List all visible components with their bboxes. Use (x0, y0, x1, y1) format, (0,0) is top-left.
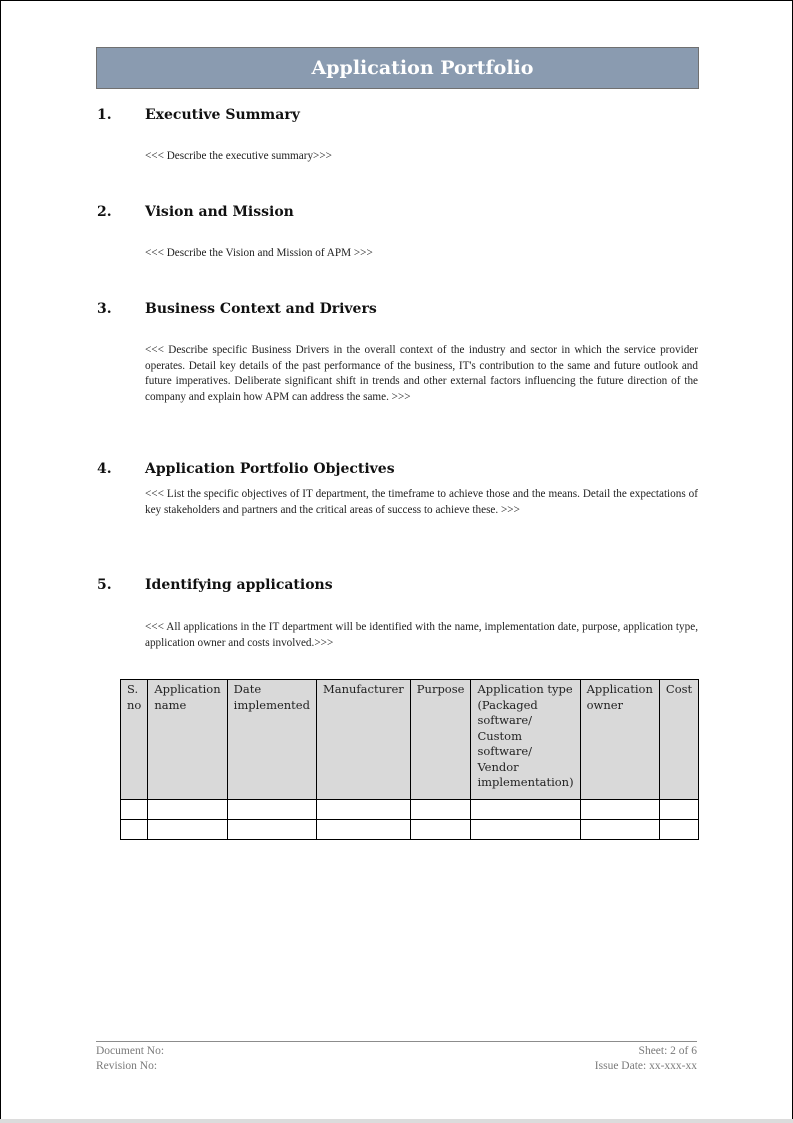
table-cell[interactable] (410, 820, 471, 840)
table-cell[interactable] (580, 800, 659, 820)
section-body-portfolio-objectives: <<< List the specific objectives of IT d… (145, 487, 698, 518)
table-cell[interactable] (471, 800, 580, 820)
table-cell[interactable] (148, 820, 227, 840)
table-cell[interactable] (410, 800, 471, 820)
document-title: Application Portfolio (262, 57, 534, 79)
table-row (121, 820, 699, 840)
column-header-purpose: Purpose (410, 680, 471, 800)
column-header-application-owner: Application owner (580, 680, 659, 800)
table-cell[interactable] (227, 820, 316, 840)
table-cell[interactable] (471, 820, 580, 840)
sheet-indicator: Sheet: 2 of 6 (639, 1044, 697, 1059)
section-number: 1. (97, 107, 145, 123)
section-body-executive-summary: <<< Describe the executive summary>>> (145, 149, 698, 165)
section-number: 5. (97, 577, 145, 593)
column-header-date-implemented: Date implemented (227, 680, 316, 800)
issue-date: Issue Date: xx-xxx-xx (595, 1059, 697, 1074)
title-banner: Application Portfolio (96, 47, 699, 89)
table-cell[interactable] (148, 800, 227, 820)
table-cell[interactable] (227, 800, 316, 820)
section-body-business-context: <<< Describe specific Business Drivers i… (145, 343, 698, 405)
section-title: Identifying applications (145, 577, 333, 593)
section-heading-executive-summary: 1. Executive Summary (97, 107, 300, 123)
table-header-row: S. no Application name Date implemented … (121, 680, 699, 800)
section-number: 2. (97, 204, 145, 220)
section-heading-vision-mission: 2. Vision and Mission (97, 204, 294, 220)
section-title: Application Portfolio Objectives (145, 461, 395, 477)
section-body-identifying-applications: <<< All applications in the IT departmen… (145, 620, 698, 651)
page-bottom-edge (0, 1119, 793, 1123)
revision-number-label: Revision No: (96, 1059, 157, 1074)
section-title: Executive Summary (145, 107, 300, 123)
table-cell[interactable] (121, 820, 148, 840)
section-title: Business Context and Drivers (145, 301, 377, 317)
section-number: 4. (97, 461, 145, 477)
section-heading-business-context: 3. Business Context and Drivers (97, 301, 377, 317)
table-row (121, 800, 699, 820)
page-footer: Document No: Sheet: 2 of 6 Revision No: … (96, 1041, 697, 1074)
table-cell[interactable] (316, 820, 410, 840)
section-heading-portfolio-objectives: 4. Application Portfolio Objectives (97, 461, 395, 477)
document-number-label: Document No: (96, 1044, 164, 1059)
document-page: Application Portfolio 1. Executive Summa… (0, 0, 793, 1119)
column-header-manufacturer: Manufacturer (316, 680, 410, 800)
section-body-vision-mission: <<< Describe the Vision and Mission of A… (145, 246, 698, 262)
table-cell[interactable] (659, 820, 698, 840)
section-heading-identifying-applications: 5. Identifying applications (97, 577, 333, 593)
table-cell[interactable] (316, 800, 410, 820)
column-header-application-type: Application type (Packaged software/ Cus… (471, 680, 580, 800)
section-number: 3. (97, 301, 145, 317)
section-title: Vision and Mission (145, 204, 294, 220)
table-cell[interactable] (121, 800, 148, 820)
applications-table: S. no Application name Date implemented … (120, 679, 699, 840)
column-header-application-name: Application name (148, 680, 227, 800)
table-cell[interactable] (659, 800, 698, 820)
column-header-s-no: S. no (121, 680, 148, 800)
column-header-cost: Cost (659, 680, 698, 800)
table-cell[interactable] (580, 820, 659, 840)
